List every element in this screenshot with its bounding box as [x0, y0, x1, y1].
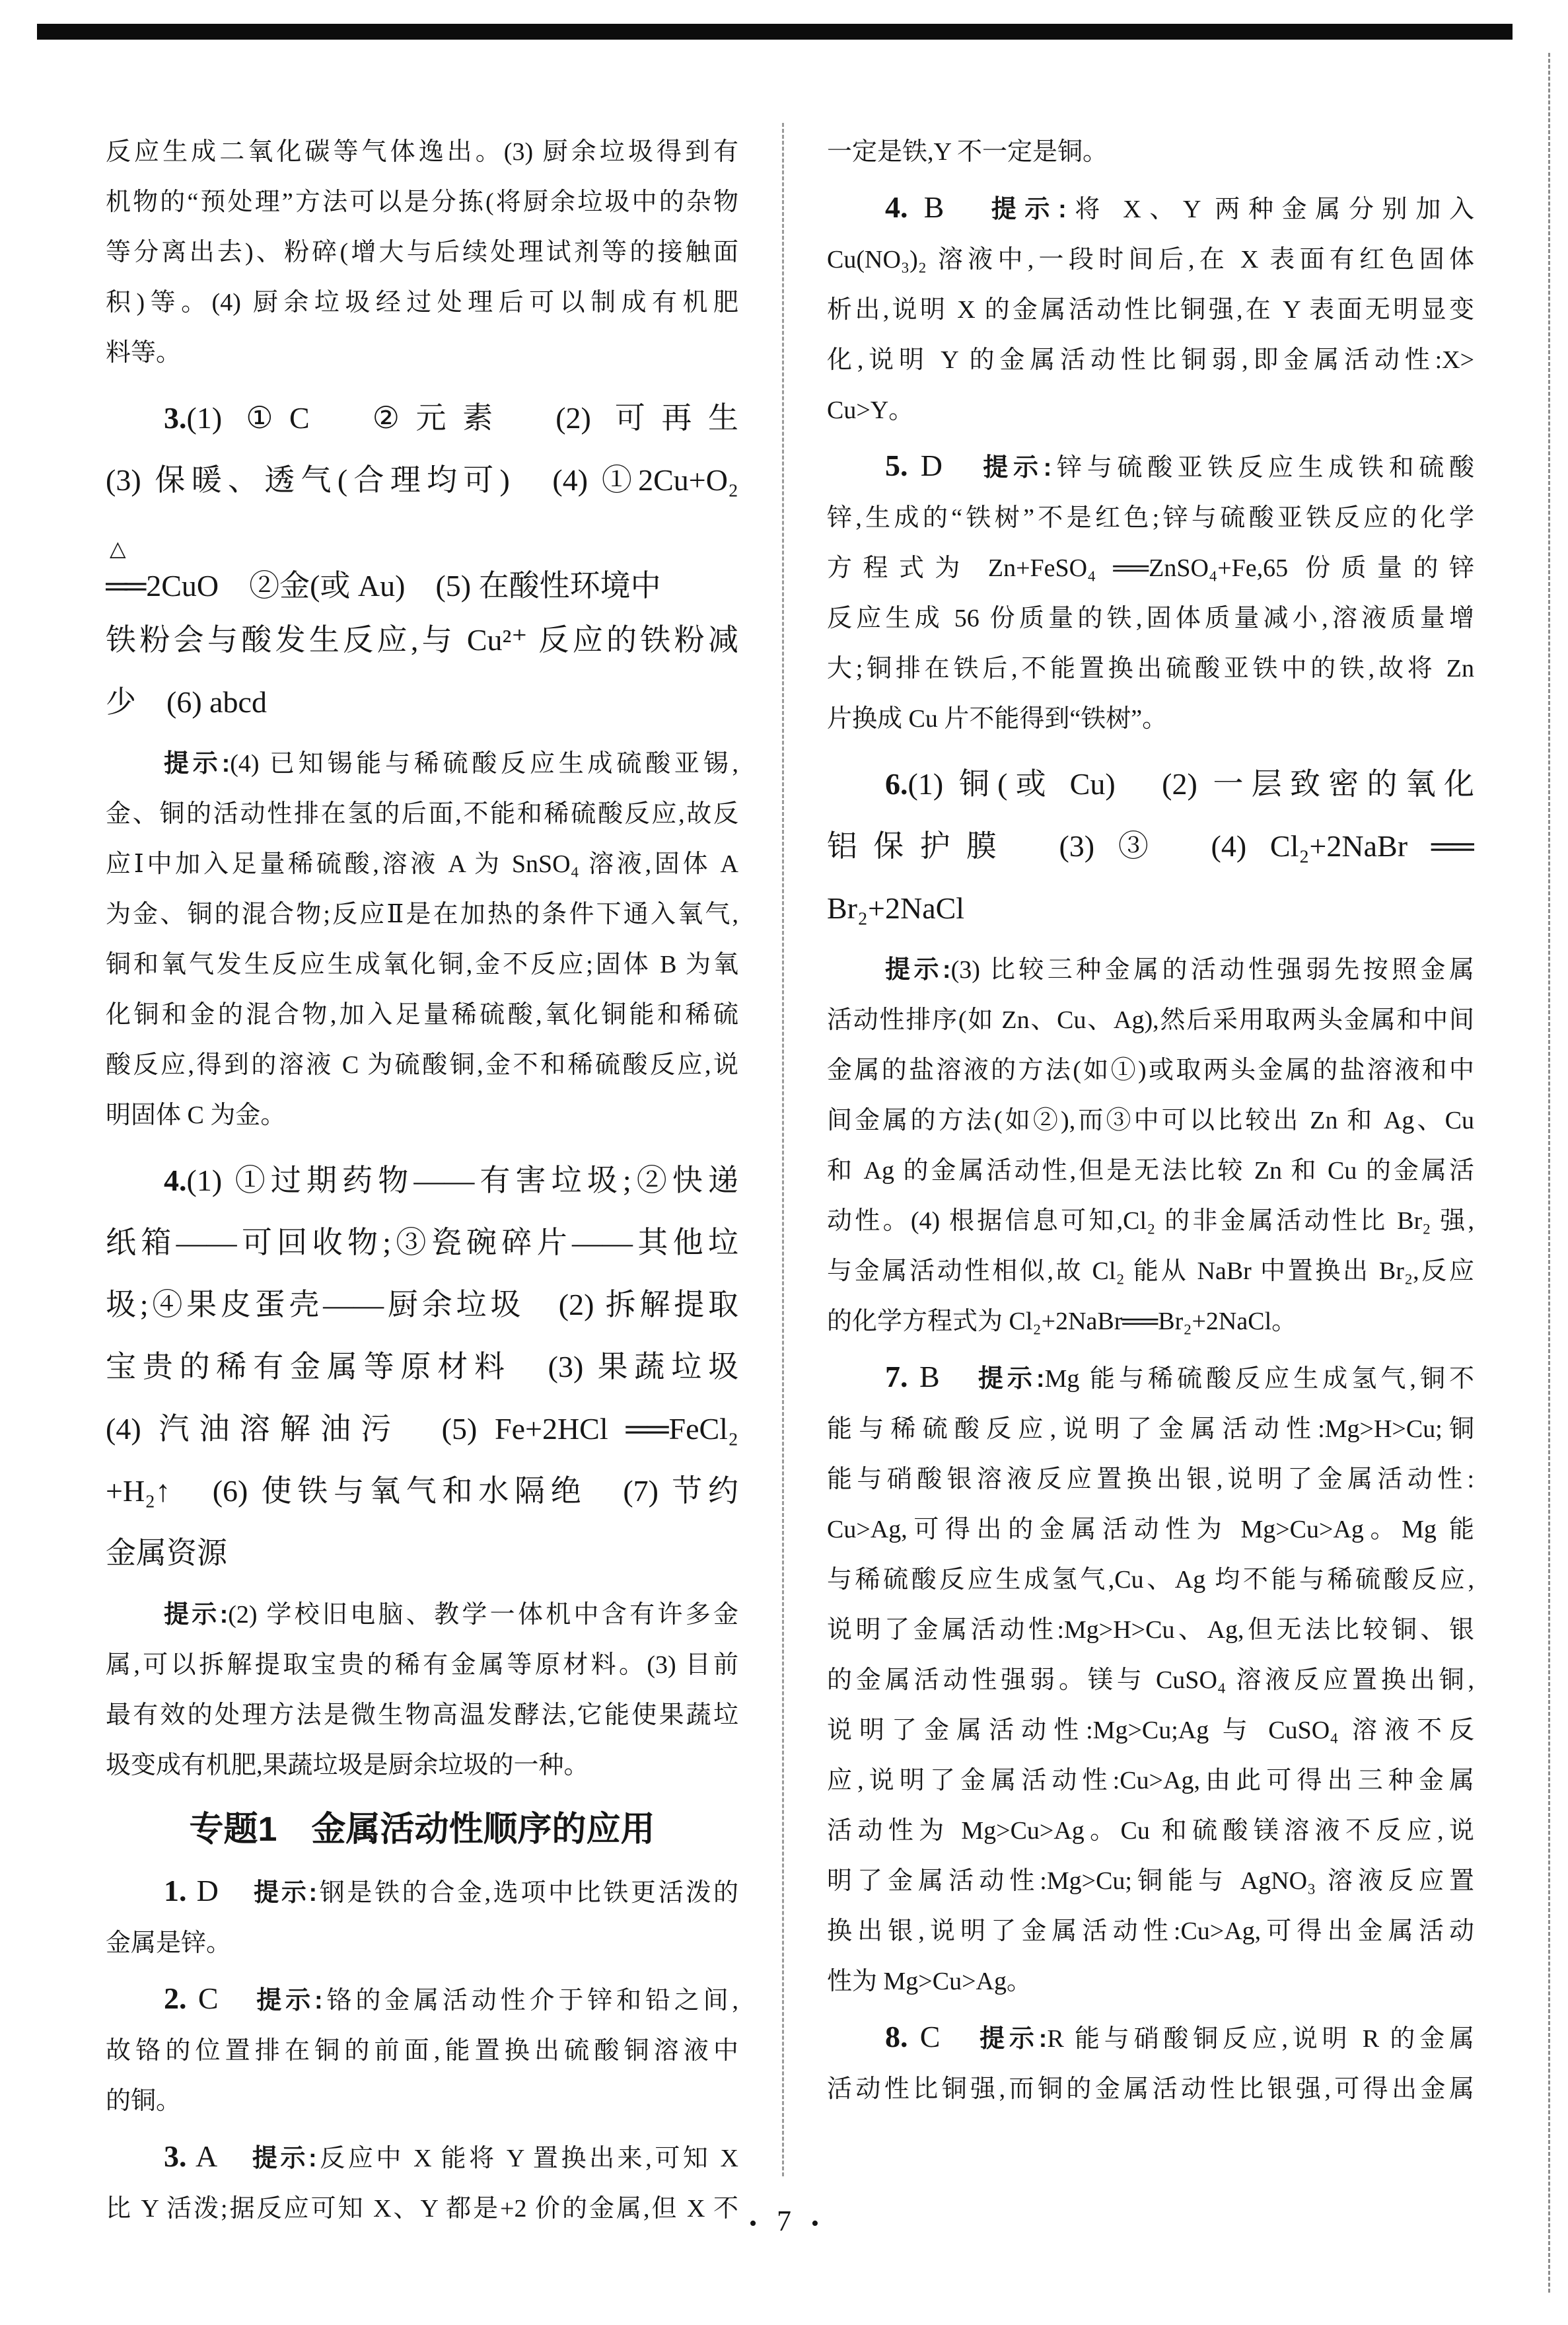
text-line: 铁粉会与酸发生反应,与 Cu²⁺ 反应的铁粉减 — [106, 609, 738, 671]
text-line: 3.(1) ①C ②元素 (2) 可再生 — [106, 387, 738, 449]
text-segment: 金属资源 — [106, 1536, 227, 1570]
text-segment: 专题1 金属活动性顺序的应用 — [190, 1810, 655, 1849]
answer-letter: D — [187, 1874, 254, 1907]
text-line: 片换成 Cu 片不能得到“铁树”。 — [827, 694, 1474, 744]
hint-label: 提示: — [980, 2025, 1047, 2053]
text-line: 铝保护膜 (3) ③ (4) Cl₂+2NaBr ══ — [827, 815, 1474, 877]
text-segment: 说明了金属活动性:Mg>Cu;Ag 与 CuSO₄ 溶液不反 — [827, 1716, 1474, 1744]
text-segment: 和 Ag 的金属活动性,但是无法比较 Zn 和 Cu 的金属活 — [827, 1157, 1474, 1185]
hint-label: 提示: — [256, 1987, 322, 2014]
text-segment: 属,可以拆解提取宝贵的稀有金属等原材料。(3) 目前 — [106, 1651, 738, 1679]
text-line: 圾变成有机肥,果蔬垃圾是厨余垃圾的一种。 — [106, 1740, 738, 1790]
hint-label: 提示: — [885, 956, 951, 984]
text-segment: 能与稀硫酸反应,说明了金属活动性:Mg>H>Cu;铜 — [827, 1415, 1474, 1443]
right-column: 一定是铁,Y 不一定是铜。4. B 提示:将 X、Y 两种金属分别加入Cu(NO… — [827, 127, 1474, 2114]
text-segment: 性为 Mg>Cu>Ag。 — [827, 1968, 1032, 1995]
text-line: 故铬的位置排在铜的前面,能置换出硫酸铜溶液中 — [106, 2026, 738, 2076]
text-line: 属,可以拆解提取宝贵的稀有金属等原材料。(3) 目前 — [106, 1640, 738, 1690]
text-segment: 铁粉会与酸发生反应,与 Cu²⁺ 反应的铁粉减 — [106, 623, 738, 657]
text-line: 5. D 提示:锌与硫酸亚铁反应生成铁和硫酸 — [827, 441, 1474, 493]
reaction-condition-delta: △══ — [106, 534, 143, 609]
question-number: 4. — [885, 190, 908, 224]
text-segment: (3) 保暖、透气(合理均可) (4) ①2Cu+O₂ — [106, 463, 738, 497]
text-segment: 应Ⅰ中加入足量稀硫酸,溶液 A 为 SnSO₄ 溶液,固体 A — [106, 850, 738, 878]
text-segment: 片换成 Cu 片不能得到“铁树”。 — [827, 705, 1167, 733]
text-line: 活动性排序(如 Zn、Cu、Ag),然后采用取两头金属和中间 — [827, 995, 1474, 1045]
text-line: 4. B 提示:将 X、Y 两种金属分别加入 — [827, 182, 1474, 235]
text-line: (3) 保暖、透气(合理均可) (4) ①2Cu+O₂ — [106, 449, 738, 511]
text-segment: 与稀硫酸反应生成氢气,Cu、Ag 均不能与稀硫酸反应, — [827, 1566, 1474, 1594]
text-line: 金、铜的活动性排在氢的后面,不能和稀硫酸反应,故反 — [106, 789, 738, 839]
text-segment: 动性。(4) 根据信息可知,Cl₂ 的非金属活动性比 Br₂ 强, — [827, 1207, 1474, 1235]
text-segment: 反应生成二氧化碳等气体逸出。(3) 厨余垃圾得到有 — [106, 138, 738, 166]
text-line: 说明了金属活动性:Mg>Cu;Ag 与 CuSO₄ 溶液不反 — [827, 1705, 1474, 1755]
scan-top-bar — [37, 24, 1513, 40]
text-segment: 活动性排序(如 Zn、Cu、Ag),然后采用取两头金属和中间 — [827, 1006, 1474, 1034]
page-footer: •7• — [0, 2201, 1568, 2244]
text-line: 4.(1) ①过期药物——有害垃圾;②快递 — [106, 1150, 738, 1212]
text-segment: Cu>Y。 — [827, 396, 913, 424]
text-line: 化,说明 Y 的金属活动性比铜弱,即金属活动性:X> — [827, 335, 1474, 385]
text-segment: 料等。 — [106, 339, 181, 367]
text-segment: Cu(NO₃)₂ 溶液中,一段时间后,在 X 表面有红色固体 — [827, 246, 1474, 274]
text-line: 8. C 提示:R 能与硝酸铜反应,说明 R 的金属 — [827, 2012, 1474, 2064]
answer-letter: D — [908, 449, 983, 482]
text-line: 活动性为 Mg>Cu>Ag。Cu 和硫酸镁溶液不反应,说 — [827, 1806, 1474, 1856]
page-edge-dashed-line — [1548, 53, 1550, 2293]
text-line: Cu>Ag,可得出的金属活动性为 Mg>Cu>Ag。Mg 能 — [827, 1504, 1474, 1555]
text-line: 2. C 提示:铬的金属活动性介于锌和铅之间, — [106, 1974, 738, 2026]
text-segment: 的金属活动性强弱。镁与 CuSO₄ 溶液反应置换出铜, — [827, 1666, 1474, 1694]
text-line: 间金属的方法(如②),而③中可以比较出 Zn 和 Ag、Cu — [827, 1095, 1474, 1146]
text-segment: 故铬的位置排在铜的前面,能置换出硫酸铜溶液中 — [106, 2037, 738, 2065]
hint-label: 提示: — [254, 1879, 317, 1907]
text-line: 与金属活动性相似,故 Cl₂ 能从 NaBr 中置换出 Br₂,反应 — [827, 1246, 1474, 1296]
text-segment: (1) ①过期药物——有害垃圾;②快递 — [187, 1163, 739, 1197]
answer-letter: A — [187, 2139, 252, 2173]
text-line: 应,说明了金属活动性:Cu>Ag,由此可得出三种金属 — [827, 1755, 1474, 1806]
text-segment: 方程式为 Zn+FeSO₄ ══ZnSO₄+Fe,65 份质量的锌 — [827, 554, 1474, 582]
text-line: 化铜和金的混合物,加入足量稀硫酸,氧化铜能和稀硫 — [106, 990, 738, 1040]
text-line: 3. A 提示:反应中 X 能将 Y 置换出来,可知 X — [106, 2131, 738, 2184]
answer-letter: B — [908, 1360, 978, 1393]
page-number: 7 — [777, 2205, 791, 2237]
text-segment: (2) 学校旧电脑、教学一体机中含有许多金 — [228, 1601, 738, 1629]
text-segment: 等分离出去)、粉碎(增大与后续处理试剂等的接触面 — [106, 239, 738, 266]
text-line: 料等。 — [106, 328, 738, 378]
text-segment: 活动性为 Mg>Cu>Ag。Cu 和硫酸镁溶液不反应,说 — [827, 1817, 1474, 1845]
text-line: 铜和氧气发生反应生成氧化铜,金不反应;固体 B 为氧 — [106, 940, 738, 990]
question-number: 2. — [164, 1981, 187, 2015]
text-line: 方程式为 Zn+FeSO₄ ══ZnSO₄+Fe,65 份质量的锌 — [827, 543, 1474, 593]
text-segment: 反应中 X 能将 Y 置换出来,可知 X — [317, 2145, 738, 2172]
footer-dot-left: • — [749, 2211, 757, 2236]
text-line: 大;铜排在铁后,不能置换出硫酸亚铁中的铁,故将 Zn — [827, 644, 1474, 694]
text-line: 能与硝酸银溶液反应置换出银,说明了金属活动性: — [827, 1454, 1474, 1504]
text-line: 提示:(3) 比较三种金属的活动性强弱先按照金属 — [827, 945, 1474, 995]
text-line: Br₂+2NaCl — [827, 877, 1474, 940]
text-line: 的金属活动性强弱。镁与 CuSO₄ 溶液反应置换出铜, — [827, 1655, 1474, 1705]
text-line: △══2CuO ②金(或 Au) (5) 在酸性环境中 — [106, 511, 738, 609]
text-line: 性为 Mg>Cu>Ag。 — [827, 1956, 1474, 2007]
hint-label: 提示: — [991, 196, 1067, 223]
text-line: (4) 汽油溶解油污 (5) Fe+2HCl ══FeCl₂ — [106, 1398, 738, 1460]
text-line: 宝贵的稀有金属等原材料 (3) 果蔬垃圾 — [106, 1336, 738, 1398]
text-segment: (3) 比较三种金属的活动性强弱先按照金属 — [951, 956, 1474, 984]
text-line: 能与稀硫酸反应,说明了金属活动性:Mg>H>Cu;铜 — [827, 1404, 1474, 1454]
text-line: 动性。(4) 根据信息可知,Cl₂ 的非金属活动性比 Br₂ 强, — [827, 1196, 1474, 1246]
text-segment: 与金属活动性相似,故 Cl₂ 能从 NaBr 中置换出 Br₂,反应 — [827, 1257, 1474, 1285]
question-number: 3. — [164, 2139, 187, 2173]
text-segment: 2CuO ②金(或 Au) (5) 在酸性环境中 — [146, 563, 660, 609]
text-line: 圾;④果皮蛋壳——厨余垃圾 (2) 拆解提取 — [106, 1274, 738, 1336]
text-segment: 活动性比铜强,而铜的金属活动性比银强,可得出金属 — [827, 2075, 1474, 2103]
text-line: 活动性比铜强,而铜的金属活动性比银强,可得出金属 — [827, 2064, 1474, 2114]
hint-label: 提示: — [983, 454, 1051, 482]
text-segment: 明固体 C 为金。 — [106, 1101, 285, 1129]
text-line: 明了金属活动性:Mg>Cu;铜能与 AgNO₃ 溶液反应置 — [827, 1856, 1474, 1906]
text-segment: 说明了金属活动性:Mg>H>Cu、Ag,但无法比较铜、银 — [827, 1616, 1474, 1644]
text-line: 7. B 提示:Mg 能与稀硫酸反应生成氢气,铜不 — [827, 1352, 1474, 1404]
text-line: Cu(NO₃)₂ 溶液中,一段时间后,在 X 表面有红色固体 — [827, 235, 1474, 285]
text-line: +H₂↑ (6) 使铁与氧气和水隔绝 (7) 节约 — [106, 1460, 738, 1522]
text-line: 最有效的处理方法是微生物高温发酵法,它能使果蔬垃 — [106, 1690, 738, 1740]
text-line: 金属是锌。 — [106, 1918, 738, 1968]
question-number: 6. — [885, 767, 908, 801]
text-segment: 反应生成 56 份质量的铁,固体质量减小,溶液质量增 — [827, 605, 1474, 632]
text-segment: 钢是铁的合金,选项中比铁更活泼的 — [317, 1879, 738, 1907]
question-number: 4. — [164, 1163, 187, 1197]
text-line: 金属的盐溶液的方法(如①)或取两头金属的盐溶液和中 — [827, 1045, 1474, 1095]
text-segment: 化铜和金的混合物,加入足量稀硫酸,氧化铜能和稀硫 — [106, 1001, 738, 1029]
text-line: 1. D 提示:钢是铁的合金,选项中比铁更活泼的 — [106, 1866, 738, 1918]
text-line: 等分离出去)、粉碎(增大与后续处理试剂等的接触面 — [106, 227, 738, 277]
text-line: 说明了金属活动性:Mg>H>Cu、Ag,但无法比较铜、银 — [827, 1605, 1474, 1655]
text-segment: 锌与硫酸亚铁反应生成铁和硫酸 — [1051, 454, 1474, 482]
text-line: 6.(1) 铜(或 Cu) (2) 一层致密的氧化 — [827, 753, 1474, 815]
hint-label: 提示: — [252, 2145, 317, 2172]
text-segment: Br₂+2NaCl — [827, 891, 964, 925]
text-segment: 金、铜的活动性排在氢的后面,不能和稀硫酸反应,故反 — [106, 800, 738, 828]
text-line: 一定是铁,Y 不一定是铜。 — [827, 127, 1474, 177]
text-segment: 应,说明了金属活动性:Cu>Ag,由此可得出三种金属 — [827, 1767, 1474, 1794]
text-segment: 换出银,说明了金属活动性:Cu>Ag,可得出金属活动 — [827, 1917, 1474, 1945]
text-line: 积)等。(4) 厨余垃圾经过处理后可以制成有机肥 — [106, 277, 738, 328]
text-segment: R 能与硝酸铜反应,说明 R 的金属 — [1047, 2025, 1474, 2053]
text-segment: 的化学方程式为 Cl₂+2NaBr══Br₂+2NaCl。 — [827, 1308, 1297, 1335]
text-line: 析出,说明 X 的金属活动性比铜强,在 Y 表面无明显变 — [827, 285, 1474, 335]
text-segment: 间金属的方法(如②),而③中可以比较出 Zn 和 Ag、Cu — [827, 1107, 1474, 1134]
text-segment: 锌,生成的“铁树”不是红色;锌与硫酸亚铁反应的化学 — [827, 504, 1474, 532]
hint-label: 提示: — [164, 750, 230, 778]
text-line: 与稀硫酸反应生成氢气,Cu、Ag 均不能与稀硫酸反应, — [827, 1555, 1474, 1605]
text-segment: 为金、铜的混合物;反应Ⅱ是在加热的条件下通入氧气, — [106, 901, 738, 928]
text-segment: 酸反应,得到的溶液 C 为硫酸铜,金不和稀硫酸反应,说 — [106, 1051, 738, 1079]
text-segment: 金属的盐溶液的方法(如①)或取两头金属的盐溶液和中 — [827, 1056, 1474, 1084]
text-line: Cu>Y。 — [827, 385, 1474, 435]
text-segment: 积)等。(4) 厨余垃圾经过处理后可以制成有机肥 — [106, 289, 738, 316]
text-segment: 铬的金属活动性介于锌和铅之间, — [323, 1987, 738, 2014]
text-line: 提示:(4) 已知锡能与稀硫酸反应生成硫酸亚锡, — [106, 739, 738, 789]
text-segment: 机物的“预处理”方法可以是分拣(将厨余垃圾中的杂物 — [106, 188, 738, 216]
text-line: 应Ⅰ中加入足量稀硫酸,溶液 A 为 SnSO₄ 溶液,固体 A — [106, 839, 738, 889]
text-line: 的铜。 — [106, 2076, 738, 2126]
text-line: 和 Ag 的金属活动性,但是无法比较 Zn 和 Cu 的金属活 — [827, 1146, 1474, 1196]
section-heading: 专题1 金属活动性顺序的应用 — [106, 1801, 738, 1858]
text-line: 少 (6) abcd — [106, 671, 738, 733]
text-segment: 明了金属活动性:Mg>Cu;铜能与 AgNO₃ 溶液反应置 — [827, 1867, 1474, 1895]
text-segment: (1) ①C ②元素 (2) 可再生 — [187, 401, 739, 435]
text-line: 纸箱——可回收物;③瓷碗碎片——其他垃 — [106, 1212, 738, 1274]
column-divider — [782, 123, 784, 2176]
text-segment: 化,说明 Y 的金属活动性比铜弱,即金属活动性:X> — [827, 346, 1474, 374]
text-segment: +H₂↑ (6) 使铁与氧气和水隔绝 (7) 节约 — [106, 1474, 738, 1508]
text-line: 为金、铜的混合物;反应Ⅱ是在加热的条件下通入氧气, — [106, 889, 738, 940]
text-segment: 析出,说明 X 的金属活动性比铜强,在 Y 表面无明显变 — [827, 296, 1474, 324]
text-segment: 纸箱——可回收物;③瓷碗碎片——其他垃 — [106, 1226, 738, 1259]
text-segment: (1) 铜(或 Cu) (2) 一层致密的氧化 — [908, 767, 1475, 801]
text-segment: (4) 汽油溶解油污 (5) Fe+2HCl ══FeCl₂ — [106, 1412, 738, 1446]
answer-letter: C — [908, 2020, 980, 2053]
text-segment: 铝保护膜 (3) ③ (4) Cl₂+2NaBr ══ — [827, 829, 1474, 863]
question-number: 7. — [885, 1360, 908, 1393]
text-segment: 能与硝酸银溶液反应置换出银,说明了金属活动性: — [827, 1465, 1474, 1493]
question-number: 1. — [164, 1874, 187, 1907]
text-segment: 一定是铁,Y 不一定是铜。 — [827, 138, 1108, 166]
text-segment: 铜和氧气发生反应生成氧化铜,金不反应;固体 B 为氧 — [106, 951, 738, 978]
text-line: 金属资源 — [106, 1522, 738, 1584]
text-segment: 最有效的处理方法是微生物高温发酵法,它能使果蔬垃 — [106, 1701, 738, 1729]
question-number: 3. — [164, 401, 187, 435]
hint-label: 提示: — [164, 1601, 228, 1629]
left-column: 反应生成二氧化碳等气体逸出。(3) 厨余垃圾得到有机物的“预处理”方法可以是分拣… — [106, 127, 738, 2234]
question-number: 8. — [885, 2020, 908, 2053]
footer-dot-right: • — [811, 2211, 819, 2236]
text-segment: 金属是锌。 — [106, 1929, 231, 1957]
text-line: 反应生成 56 份质量的铁,固体质量减小,溶液质量增 — [827, 593, 1474, 644]
text-segment: Mg 能与稀硫酸反应生成氢气,铜不 — [1045, 1365, 1474, 1393]
answer-letter: C — [187, 1981, 257, 2015]
text-segment: 将 X、Y 两种金属分别加入 — [1067, 196, 1474, 223]
text-segment: 的铜。 — [106, 2087, 181, 2115]
text-segment: (4) 已知锡能与稀硫酸反应生成硫酸亚锡, — [230, 750, 738, 778]
text-segment: 少 (6) abcd — [106, 685, 267, 719]
text-line: 的化学方程式为 Cl₂+2NaBr══Br₂+2NaCl。 — [827, 1296, 1474, 1347]
text-line: 换出银,说明了金属活动性:Cu>Ag,可得出金属活动 — [827, 1906, 1474, 1956]
text-line: 明固体 C 为金。 — [106, 1090, 738, 1140]
answer-letter: B — [908, 190, 991, 224]
text-line: 锌,生成的“铁树”不是红色;锌与硫酸亚铁反应的化学 — [827, 493, 1474, 543]
question-number: 5. — [885, 449, 908, 482]
text-segment: 圾变成有机肥,果蔬垃圾是厨余垃圾的一种。 — [106, 1752, 589, 1779]
hint-label: 提示: — [978, 1365, 1045, 1393]
text-segment: 宝贵的稀有金属等原材料 (3) 果蔬垃圾 — [106, 1350, 738, 1384]
text-segment: 大;铜排在铁后,不能置换出硫酸亚铁中的铁,故将 Zn — [827, 655, 1474, 683]
text-line: 机物的“预处理”方法可以是分拣(将厨余垃圾中的杂物 — [106, 177, 738, 227]
text-segment: Cu>Ag,可得出的金属活动性为 Mg>Cu>Ag。Mg 能 — [827, 1516, 1474, 1543]
text-line: 酸反应,得到的溶液 C 为硫酸铜,金不和稀硫酸反应,说 — [106, 1040, 738, 1090]
text-line: 提示:(2) 学校旧电脑、教学一体机中含有许多金 — [106, 1590, 738, 1640]
text-line: 反应生成二氧化碳等气体逸出。(3) 厨余垃圾得到有 — [106, 127, 738, 177]
text-segment: 圾;④果皮蛋壳——厨余垃圾 (2) 拆解提取 — [106, 1288, 738, 1321]
